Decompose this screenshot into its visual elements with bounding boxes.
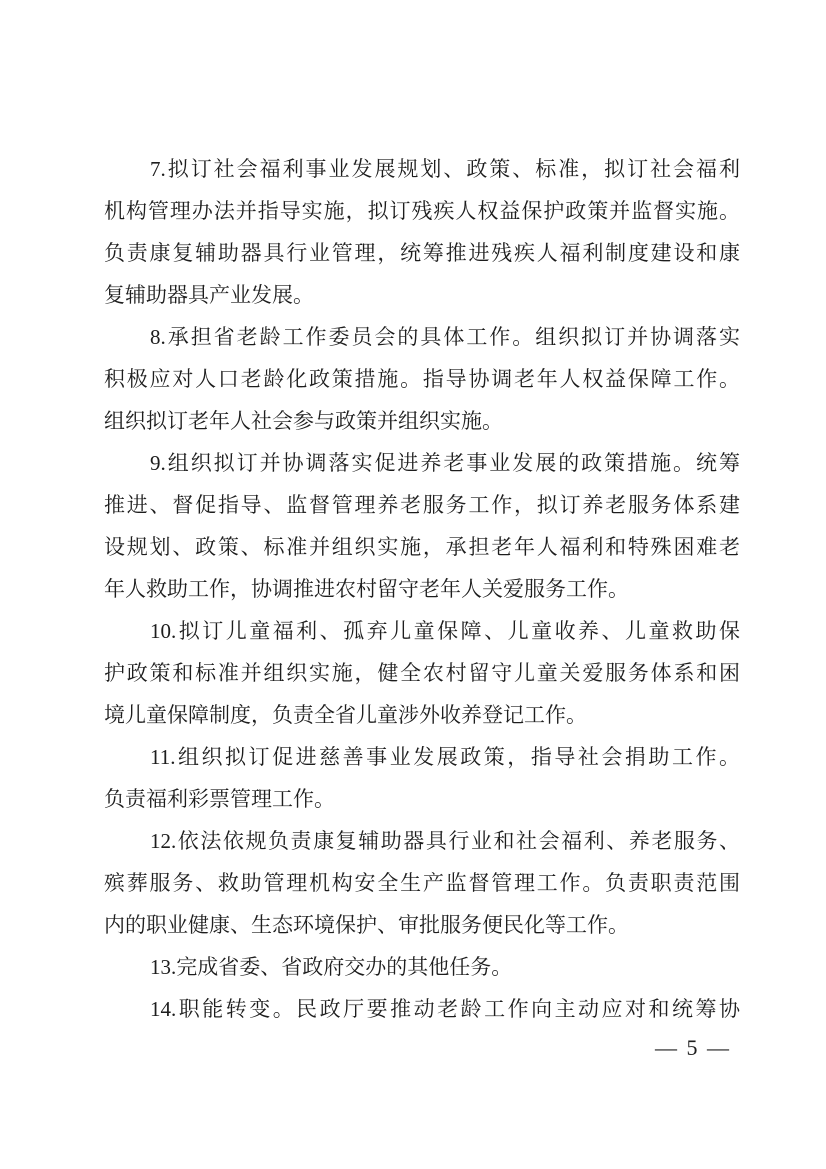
paragraph-9: 9.组织拟订并协调落实促进养老事业发展的政策措施。统筹推进、督促指导、监督管理养… (104, 442, 740, 610)
paragraph-12: 12.依法依规负责康复辅助器具行业和社会福利、养老服务、殡葬服务、救助管理机构安… (104, 820, 740, 946)
text-line: 12.依法依规负责康复辅助器具行业和社会福利、养老服务、 (104, 820, 740, 862)
text-line: 14.职能转变。民政厅要推动老龄工作向主动应对和统筹协 (104, 988, 740, 1030)
text-line: 组织拟订老年人社会参与政策并组织实施。 (104, 400, 740, 442)
text-line: 10.拟订儿童福利、孤弃儿童保障、儿童收养、儿童救助保 (104, 610, 740, 652)
paragraph-8: 8.承担省老龄工作委员会的具体工作。组织拟订并协调落实积极应对人口老龄化政策措施… (104, 316, 740, 442)
document-page: 7.拟订社会福利事业发展规划、政策、标准，拟订社会福利机构管理办法并指导实施，拟… (0, 0, 826, 1169)
text-line: 年人救助工作，协调推进农村留守老年人关爱服务工作。 (104, 568, 740, 610)
document-body: 7.拟订社会福利事业发展规划、政策、标准，拟订社会福利机构管理办法并指导实施，拟… (104, 148, 740, 1030)
paragraph-13: 13.完成省委、省政府交办的其他任务。 (104, 946, 740, 988)
text-line: 积极应对人口老龄化政策措施。指导协调老年人权益保障工作。 (104, 358, 740, 400)
text-line: 机构管理办法并指导实施，拟订残疾人权益保护政策并监督实施。 (104, 190, 740, 232)
text-line: 设规划、政策、标准并组织实施，承担老年人福利和特殊困难老 (104, 526, 740, 568)
text-line: 复辅助器具产业发展。 (104, 274, 740, 316)
paragraph-10: 10.拟订儿童福利、孤弃儿童保障、儿童收养、儿童救助保护政策和标准并组织实施，健… (104, 610, 740, 736)
paragraph-14: 14.职能转变。民政厅要推动老龄工作向主动应对和统筹协 (104, 988, 740, 1030)
text-line: 负责康复辅助器具行业管理，统筹推进残疾人福利制度建设和康 (104, 232, 740, 274)
text-line: 9.组织拟订并协调落实促进养老事业发展的政策措施。统筹 (104, 442, 740, 484)
text-line: 护政策和标准并组织实施，健全农村留守儿童关爱服务体系和困 (104, 652, 740, 694)
text-line: 负责福利彩票管理工作。 (104, 778, 740, 820)
text-line: 11.组织拟订促进慈善事业发展政策，指导社会捐助工作。 (104, 736, 740, 778)
paragraph-7: 7.拟订社会福利事业发展规划、政策、标准，拟订社会福利机构管理办法并指导实施，拟… (104, 148, 740, 316)
page-number: — 5 — (648, 1033, 738, 1063)
text-line: 殡葬服务、救助管理机构安全生产监督管理工作。负责职责范围 (104, 862, 740, 904)
text-line: 13.完成省委、省政府交办的其他任务。 (104, 946, 740, 988)
text-line: 推进、督促指导、监督管理养老服务工作，拟订养老服务体系建 (104, 484, 740, 526)
text-line: 8.承担省老龄工作委员会的具体工作。组织拟订并协调落实 (104, 316, 740, 358)
paragraph-11: 11.组织拟订促进慈善事业发展政策，指导社会捐助工作。负责福利彩票管理工作。 (104, 736, 740, 820)
text-line: 境儿童保障制度，负责全省儿童涉外收养登记工作。 (104, 694, 740, 736)
text-line: 内的职业健康、生态环境保护、审批服务便民化等工作。 (104, 904, 740, 946)
text-line: 7.拟订社会福利事业发展规划、政策、标准，拟订社会福利 (104, 148, 740, 190)
